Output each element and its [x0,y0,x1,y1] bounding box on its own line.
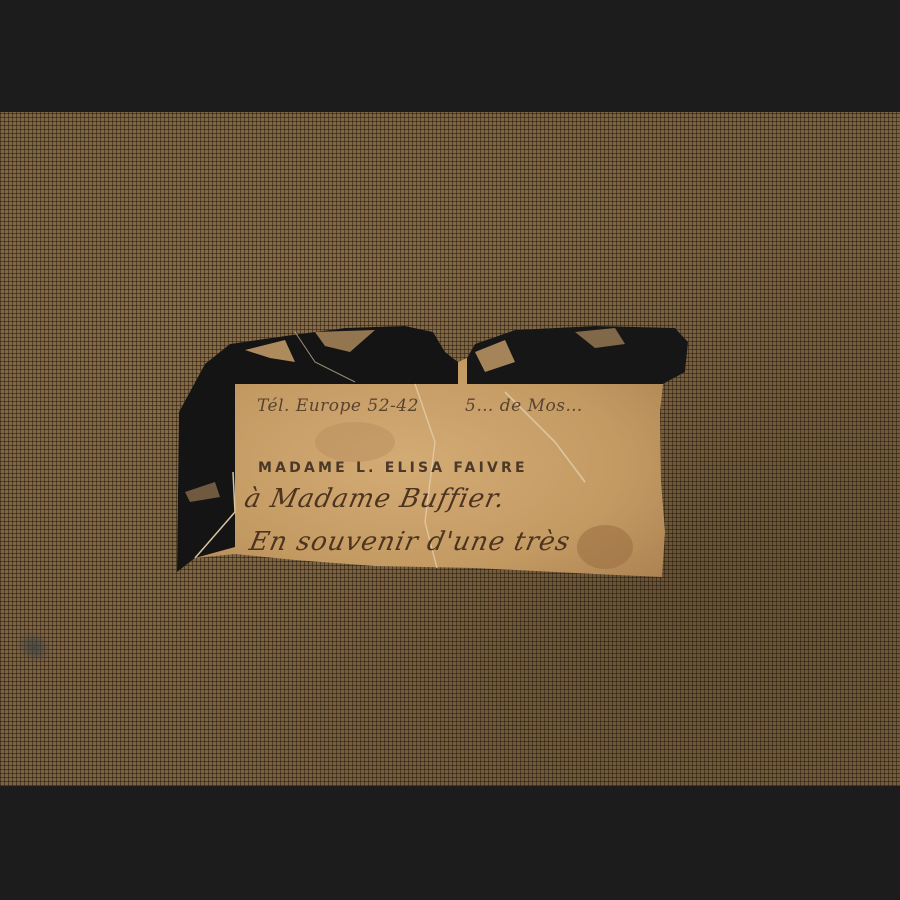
letterbox-bottom [0,786,900,900]
stain-mark [11,624,58,669]
card-telephone: Tél. Europe 52-42 [257,396,419,416]
calling-card: Tél. Europe 52-42 5… de Mos… MADAME L. E… [175,322,690,580]
card-name: MADAME L. ELISA FAIVRE [258,460,528,476]
fabric-background: Tél. Europe 52-42 5… de Mos… MADAME L. E… [0,112,900,786]
letterbox-top [0,0,900,112]
card-address: 5… de Mos… [465,396,583,416]
handwritten-line-2: En souvenir d'une très [247,527,573,557]
handwritten-line-1: à Madame Buffier. [242,484,508,514]
